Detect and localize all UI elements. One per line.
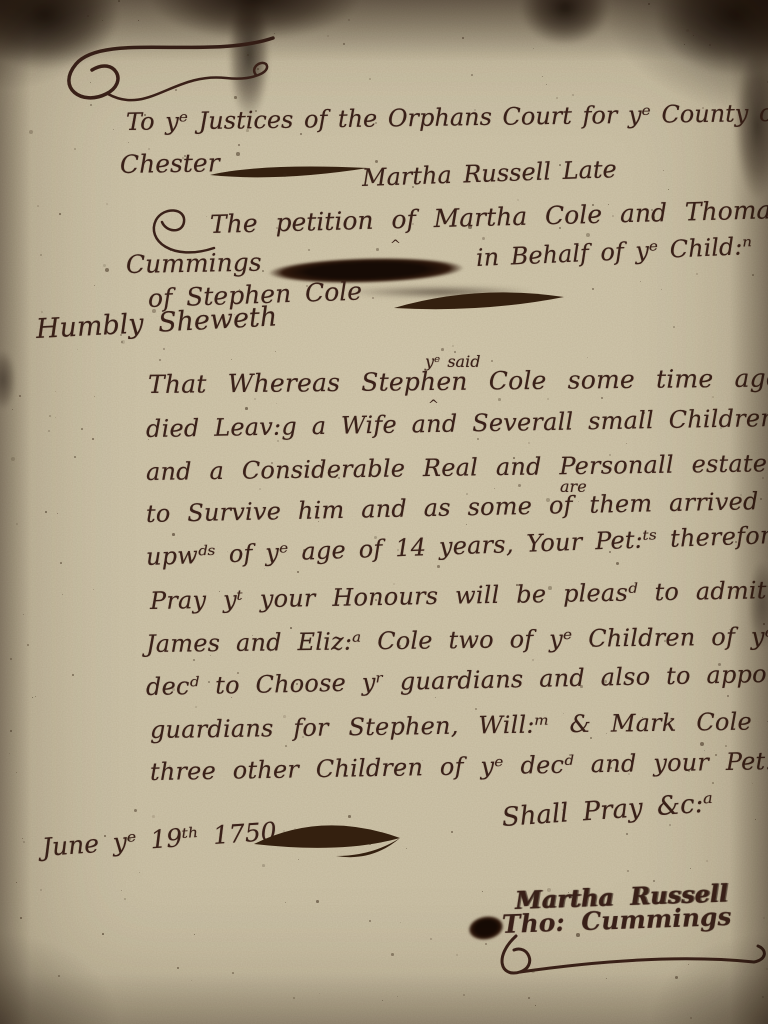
ink-blot-signature [466, 913, 506, 943]
paper-speck [113, 129, 114, 130]
paper-speck [94, 285, 95, 286]
paper-speck [121, 341, 123, 343]
ink-stain [655, 0, 768, 75]
paper-speck [48, 430, 50, 432]
paper-speck [22, 838, 23, 839]
paper-speck [60, 562, 62, 564]
paper-speck [139, 872, 140, 873]
paper-speck [195, 706, 197, 708]
paper-speck [319, 993, 320, 994]
paper-speck [49, 415, 51, 417]
paper-speck [482, 237, 485, 240]
paper-speck [626, 443, 627, 444]
paper-speck [437, 565, 440, 568]
paper-speck [547, 398, 549, 400]
paper-speck [58, 975, 60, 977]
paper-speck [20, 917, 22, 919]
paper-speck [763, 917, 765, 919]
paper-speck [475, 708, 477, 710]
paper-speck [572, 94, 574, 96]
paper-speck [532, 659, 534, 661]
paper-speck [451, 831, 453, 833]
paper-speck [693, 35, 694, 36]
body-line-8: decᵈ to Choose yʳ guardians and also to … [146, 659, 768, 701]
paper-speck [283, 830, 285, 832]
paper-speck [11, 457, 15, 461]
paper-speck [616, 562, 619, 565]
paper-speck [257, 68, 259, 70]
paper-speck [712, 782, 714, 784]
paper-speck [452, 345, 454, 347]
body-line-4: to Survive him and as some of them arriv… [146, 486, 768, 528]
paper-speck [236, 152, 240, 156]
paper-speck [94, 396, 95, 397]
flourish-top-left [48, 28, 278, 108]
paper-speck [369, 843, 371, 845]
paper-speck [725, 745, 727, 747]
body-line-1: That Whereas Stephen Cole some time agoe [148, 363, 768, 399]
paper-speck [441, 348, 444, 351]
paper-speck [191, 980, 192, 981]
paper-speck [172, 533, 175, 536]
paper-speck [542, 76, 543, 77]
paper-speck [206, 216, 207, 217]
paper-speck [9, 753, 10, 754]
header-line-behalf: in Behalf of yᵉ Child:ⁿ [475, 232, 752, 272]
paper-speck [274, 33, 275, 34]
paper-speck [134, 809, 137, 812]
paper-speck [293, 997, 295, 999]
paper-speck [41, 311, 43, 313]
paper-speck [152, 815, 155, 818]
paper-speck [348, 815, 351, 818]
paper-speck [193, 659, 195, 661]
paper-speck [498, 398, 501, 401]
paper-speck [275, 351, 276, 352]
paper-speck [90, 104, 92, 106]
paper-speck [709, 44, 711, 46]
body-line-10: three other Children of yᵉ decᵈ and your… [150, 747, 768, 786]
paper-speck [673, 326, 675, 328]
paper-speck [231, 359, 232, 360]
paper-speck [77, 349, 78, 350]
paper-speck [103, 264, 106, 267]
paper-speck [369, 920, 371, 922]
paper-speck [517, 199, 519, 201]
paper-speck [435, 697, 436, 698]
header-line-decedent: Martha Russell Late [362, 155, 618, 192]
paper-speck [675, 976, 678, 979]
paper-speck [138, 20, 139, 21]
body-line-6: Pray yᵗ your Honours will be pleasᵈ to a… [150, 576, 768, 615]
paper-speck [159, 359, 161, 361]
paper-speck [430, 938, 432, 940]
header-line-chester: Chester [120, 148, 220, 179]
paper-speck [463, 994, 465, 996]
dash-after-chester [208, 163, 373, 183]
paper-speck [283, 173, 287, 177]
paper-speck [87, 15, 89, 17]
paper-speck [262, 864, 265, 867]
flourish-signature-underline [470, 930, 765, 995]
paper-speck [81, 428, 83, 430]
paper-speck [245, 407, 248, 410]
paper-speck [546, 84, 547, 85]
paper-speck [586, 233, 590, 237]
salutation: Humbly Sheweth [35, 301, 278, 345]
paper-speck [297, 571, 299, 573]
paper-speck [59, 213, 61, 215]
header-line-cummings: Cummings [126, 248, 262, 279]
header-line-addressee: To yᵉ Justices of the Orphans Court for … [126, 99, 768, 136]
paper-speck [232, 972, 234, 974]
paper-speck [121, 890, 122, 891]
paper-speck [343, 43, 345, 45]
paper-speck [601, 397, 603, 399]
paper-speck [322, 845, 323, 846]
paper-speck [528, 997, 530, 999]
paper-speck [700, 742, 704, 746]
paper-speck [456, 954, 458, 956]
paper-speck [32, 697, 33, 698]
paper-speck [12, 409, 13, 410]
paper-speck [686, 29, 689, 32]
paper-speck [626, 833, 628, 835]
paper-speck [696, 273, 698, 275]
paper-speck [194, 934, 195, 935]
paper-speck [690, 868, 691, 869]
paper-speck [661, 289, 662, 290]
paper-speck [627, 870, 629, 872]
paper-speck [485, 943, 487, 945]
header-line-petition: The petition of Martha Cole and Thomas [210, 195, 768, 239]
paper-speck [102, 933, 104, 935]
paper-speck [35, 696, 36, 697]
paper-speck [238, 144, 240, 146]
paper-speck [587, 357, 588, 358]
paper-speck [477, 438, 479, 440]
paper-speck [752, 783, 753, 784]
paper-speck [690, 1017, 692, 1019]
paper-speck [23, 614, 24, 615]
paper-speck [684, 44, 685, 45]
body-line-2: died Leav:g a Wife and Severall small Ch… [146, 404, 768, 443]
paper-speck [57, 513, 58, 514]
paper-speck [348, 19, 350, 21]
paper-speck [74, 148, 76, 150]
paper-speck [316, 900, 319, 903]
paper-speck [40, 254, 42, 256]
paper-speck [254, 398, 256, 400]
paper-speck [128, 142, 129, 143]
paper-speck [124, 898, 126, 900]
paper-speck [294, 828, 296, 830]
paper-speck [556, 97, 558, 99]
paper-speck [688, 964, 689, 965]
paper-speck [62, 594, 63, 595]
paper-speck [102, 20, 103, 21]
paper-speck [177, 967, 179, 969]
closing-phrase: Shall Pray &c:ᵃ [501, 788, 714, 833]
paper-speck [755, 819, 756, 820]
body-line-5: upwᵈˢ of yᵉ age of 14 years, Your Pet:ᵗˢ… [146, 521, 768, 571]
paper-speck [397, 996, 398, 997]
paper-speck [533, 48, 534, 49]
paper-speck [16, 882, 17, 883]
paper-speck [105, 268, 109, 272]
paper-speck [369, 78, 371, 80]
paper-speck [285, 745, 287, 747]
paper-speck [74, 456, 76, 458]
paper-speck [16, 523, 18, 525]
manuscript-page: To yᵉ Justices of the Orphans Court for … [0, 0, 768, 1024]
ink-stain [0, 0, 120, 70]
paper-speck [198, 135, 199, 136]
paper-speck [10, 658, 12, 660]
paper-speck [727, 695, 729, 697]
paper-speck [55, 417, 56, 418]
paper-speck [668, 189, 669, 190]
paper-speck [19, 395, 21, 397]
body-line-3: and a Considerable Real and Personall es… [146, 449, 768, 486]
paper-speck [23, 841, 25, 843]
paper-speck [518, 484, 521, 487]
paper-speck [528, 442, 530, 444]
paper-speck [121, 340, 125, 344]
paper-speck [93, 589, 94, 590]
paper-speck [592, 288, 594, 290]
paper-speck [406, 848, 407, 849]
paper-speck [90, 82, 91, 83]
paper-speck [706, 860, 708, 862]
paper-speck [482, 891, 483, 892]
paper-speck [92, 438, 94, 440]
paper-speck [376, 248, 379, 251]
paper-speck [163, 348, 165, 350]
body-line-7: James and Eliz:ᵃ Cole two of yᵉ Children… [146, 622, 768, 658]
paper-speck [175, 89, 177, 91]
paper-speck [285, 902, 286, 903]
paper-speck [462, 37, 464, 39]
paper-speck [247, 54, 249, 56]
paper-speck [663, 170, 664, 171]
paper-speck [669, 824, 671, 826]
paper-speck [712, 396, 714, 398]
paper-speck [308, 249, 310, 251]
date-line: June yᵉ 19ᵗʰ 1750 [41, 817, 278, 862]
paper-speck [648, 3, 650, 5]
paper-speck [491, 360, 493, 362]
paper-speck [118, 0, 120, 2]
paper-speck [327, 35, 329, 37]
paper-speck [10, 730, 12, 732]
paper-speck [466, 524, 467, 525]
paper-speck [264, 568, 265, 569]
paper-speck [29, 130, 33, 134]
ink-stain [520, 0, 610, 45]
paper-speck [259, 488, 261, 490]
paper-speck [400, 922, 401, 923]
paper-speck [298, 859, 299, 860]
paper-speck [37, 205, 39, 207]
paper-speck [454, 308, 455, 309]
paper-speck [55, 391, 56, 392]
ink-stain [0, 350, 16, 410]
paper-speck [531, 969, 535, 973]
paper-speck [16, 772, 17, 773]
paper-speck [72, 674, 74, 676]
paper-speck [762, 996, 764, 998]
paper-speck [262, 270, 264, 272]
paper-speck [40, 889, 42, 891]
paper-speck [535, 1005, 536, 1006]
paper-speck [391, 953, 394, 956]
paper-speck [45, 511, 47, 513]
paper-speck [234, 96, 237, 99]
paper-speck [494, 488, 495, 489]
insertion-caret: ^ [390, 238, 401, 253]
paper-speck [752, 274, 754, 276]
ink-stain [150, 0, 360, 40]
paper-speck [640, 281, 641, 282]
paper-speck [382, 1000, 383, 1001]
paper-speck [606, 978, 607, 979]
paper-speck [27, 644, 29, 646]
paper-speck [471, 74, 473, 76]
body-line-9: guardians for Stephen, Will:ᵐ & Mark Col… [150, 708, 752, 744]
paper-speck [276, 403, 277, 404]
paper-speck [106, 203, 108, 205]
ink-stain [228, 0, 270, 120]
